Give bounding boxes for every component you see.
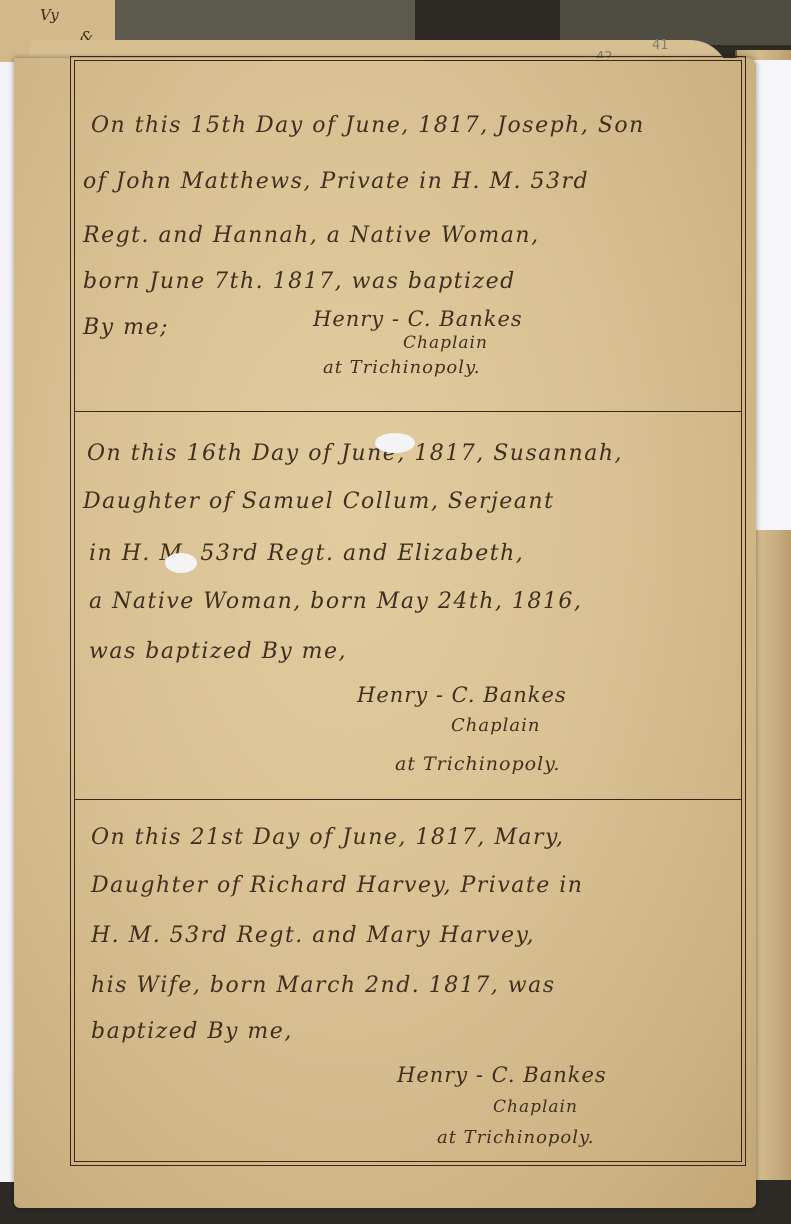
entry-line: Daughter of Richard Harvey, Private in bbox=[91, 873, 583, 898]
chaplain-signature: Henry - C. Bankes bbox=[357, 683, 567, 707]
paper-hole bbox=[165, 553, 197, 573]
entry-line: By me; bbox=[83, 315, 169, 340]
chaplain-title: Chaplain bbox=[493, 1097, 578, 1117]
ruled-frame: On this 15th Day of June, 1817, Joseph, … bbox=[74, 60, 742, 1162]
entry-line: was baptized By me, bbox=[89, 639, 347, 664]
signature-place: at Trichinopoly. bbox=[437, 1127, 595, 1148]
entry-line: On this 15th Day of June, 1817, Joseph, … bbox=[91, 113, 645, 138]
signature-place: at Trichinopoly. bbox=[395, 753, 560, 775]
baptism-entry: On this 21st Day of June, 1817, Mary, Da… bbox=[75, 801, 741, 1161]
entry-line: H. M. 53rd Regt. and Mary Harvey, bbox=[91, 923, 535, 948]
background-cover bbox=[115, 0, 415, 42]
background-cover bbox=[560, 0, 791, 45]
chaplain-signature: Henry - C. Bankes bbox=[397, 1063, 607, 1087]
entry-line: of John Matthews, Private in H. M. 53rd bbox=[83, 169, 589, 194]
entry-line: baptized By me, bbox=[91, 1019, 293, 1044]
entry-line: On this 16th Day of June, 1817, Susannah… bbox=[87, 441, 623, 466]
entry-line: On this 21st Day of June, 1817, Mary, bbox=[91, 825, 565, 850]
chaplain-title: Chaplain bbox=[451, 715, 540, 736]
fragment-text: Vy bbox=[40, 6, 59, 24]
entry-line: Regt. and Hannah, a Native Woman, bbox=[83, 223, 540, 248]
register-page: 41 On this 15th Day of June, 1817, Josep… bbox=[14, 58, 756, 1208]
chaplain-signature: Henry - C. Bankes bbox=[313, 307, 523, 331]
entry-line: Daughter of Samuel Collum, Serjeant bbox=[83, 489, 554, 514]
chaplain-title: Chaplain bbox=[403, 333, 488, 353]
entry-line: his Wife, born March 2nd. 1817, was bbox=[91, 973, 556, 998]
signature-place: at Trichinopoly. bbox=[323, 357, 481, 378]
page-number-lower: 41 bbox=[652, 38, 669, 53]
baptism-entry: On this 16th Day of June, 1817, Susannah… bbox=[75, 413, 741, 800]
baptism-entry: On this 15th Day of June, 1817, Joseph, … bbox=[75, 61, 741, 412]
paper-hole bbox=[375, 433, 415, 453]
entry-line: a Native Woman, born May 24th, 1816, bbox=[89, 589, 582, 614]
entry-line: in H. M. 53rd Regt. and Elizabeth, bbox=[89, 541, 524, 566]
entry-line: born June 7th. 1817, was baptized bbox=[83, 269, 516, 294]
